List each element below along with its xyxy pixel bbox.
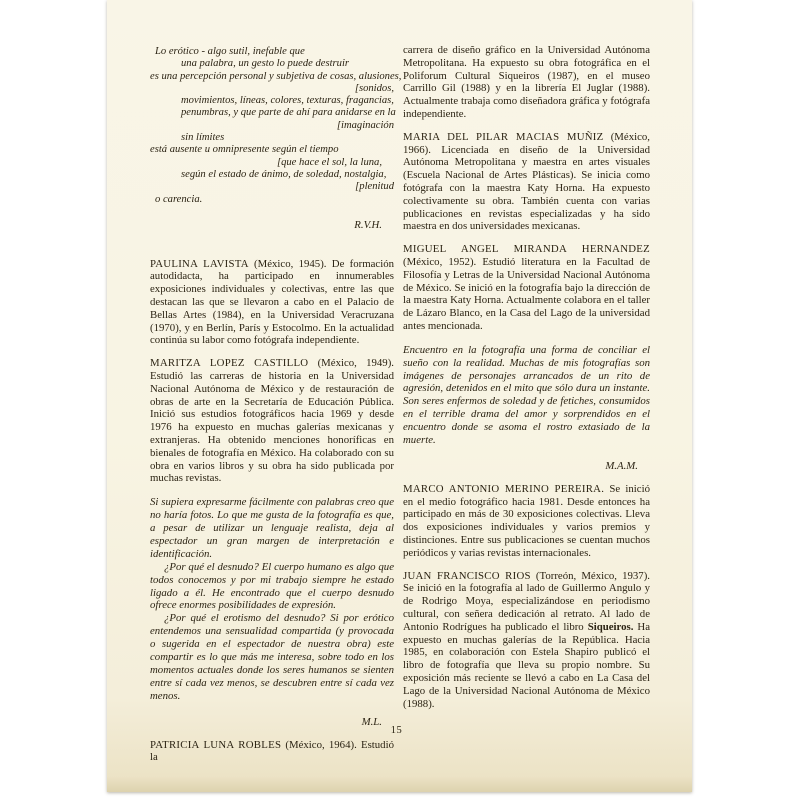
poem-line: [sonidos, bbox=[150, 83, 394, 95]
left-column: Lo erótico - algo sutil, inefable que un… bbox=[150, 44, 394, 764]
poem-line: una palabra, un gesto lo puede destruir bbox=[181, 58, 394, 70]
poem-line: movimientos, líneas, colores, texturas, … bbox=[181, 95, 394, 107]
poem-line: es una percepción personal y subjetiva d… bbox=[150, 71, 394, 83]
poem-line: está ausente u omnipresente según el tie… bbox=[150, 144, 394, 156]
artist-name: MARIA DEL PILAR MACIAS MUÑIZ bbox=[403, 131, 603, 143]
poem-line: Lo erótico - algo sutil, inefable que bbox=[155, 46, 394, 58]
entry-maritza-lopez-castillo: MARITZA LOPEZ CASTILLO (México, 1949). E… bbox=[150, 357, 394, 485]
entry-juan-francisco-rios: JUAN FRANCISCO RIOS (Torreón, México, 19… bbox=[403, 570, 650, 711]
poem-attribution: R.V.H. bbox=[150, 219, 394, 232]
artist-name: JUAN FRANCISCO RIOS bbox=[403, 570, 531, 582]
statement-attribution: M.A.M. bbox=[403, 460, 650, 473]
statement-paragraph: ¿Por qué el desnudo? El cuerpo humano es… bbox=[150, 561, 394, 613]
statement-paragraph: Si supiera expresarme fácilmente con pal… bbox=[150, 496, 394, 561]
entry-body: (México, 1966). Licenciada en diseño de … bbox=[403, 131, 650, 233]
epigraph-poem: Lo erótico - algo sutil, inefable que un… bbox=[150, 46, 394, 232]
two-column-layout: Lo erótico - algo sutil, inefable que un… bbox=[107, 0, 692, 764]
book-page: Lo erótico - algo sutil, inefable que un… bbox=[107, 0, 692, 792]
poem-line: según el estado de ánimo, de soledad, no… bbox=[181, 169, 394, 181]
entry-marco-merino-pereira: MARCO ANTONIO MERINO PEREIRA. Se inició … bbox=[403, 483, 650, 560]
statement-paragraph: ¿Por qué el erotismo del desnudo? Si por… bbox=[150, 612, 394, 702]
artist-statement-ml: Si supiera expresarme fácilmente con pal… bbox=[150, 496, 394, 728]
poem-line: [que hace el sol, la luna, bbox=[150, 157, 394, 169]
entry-body: (México, 1945). De formación autodidacta… bbox=[150, 258, 394, 347]
entry-patricia-luna-robles: PATRICIA LUNA ROBLES (México, 1964). Est… bbox=[150, 739, 394, 765]
book-title-siqueiros: Siqueiros. bbox=[588, 621, 634, 633]
poem-line: o carencia. bbox=[155, 194, 394, 206]
poem-line: [plenitud bbox=[150, 181, 394, 193]
poem-line: sin límites bbox=[181, 132, 394, 144]
entry-miguel-miranda-hernandez: MIGUEL ANGEL MIRANDA HERNANDEZ (México, … bbox=[403, 243, 650, 333]
entry-body: (México, 1949). Estudió las carreras de … bbox=[150, 357, 394, 484]
entry-body: Ha expuesto en muchas galerías de la Rep… bbox=[403, 621, 650, 710]
artist-name: PATRICIA LUNA ROBLES bbox=[150, 739, 281, 751]
poem-line: [imaginación bbox=[150, 120, 394, 132]
entry-paulina-lavista: PAULINA LAVISTA (México, 1945). De forma… bbox=[150, 258, 394, 348]
page-number: 15 bbox=[107, 725, 686, 736]
artist-name: MARCO ANTONIO MERINO PEREIRA. bbox=[403, 483, 604, 495]
entry-body: (México, 1952). Estudió literatura en la… bbox=[403, 256, 650, 332]
entry-maria-macias-muniz: MARIA DEL PILAR MACIAS MUÑIZ (México, 19… bbox=[403, 131, 650, 233]
right-column: carrera de diseño gráfico en la Universi… bbox=[403, 44, 650, 764]
artist-statement-mam: Encuentro en la fotografía una forma de … bbox=[403, 344, 650, 473]
poem-line: penumbras, y que parte de ahí para anida… bbox=[181, 107, 394, 119]
entry-patricia-continuation: carrera de diseño gráfico en la Universi… bbox=[403, 44, 650, 121]
artist-name: MARITZA LOPEZ CASTILLO bbox=[150, 357, 308, 369]
artist-name: PAULINA LAVISTA bbox=[150, 258, 249, 270]
artist-name: MIGUEL ANGEL MIRANDA HERNANDEZ bbox=[403, 243, 650, 255]
statement-paragraph: Encuentro en la fotografía una forma de … bbox=[403, 344, 650, 447]
